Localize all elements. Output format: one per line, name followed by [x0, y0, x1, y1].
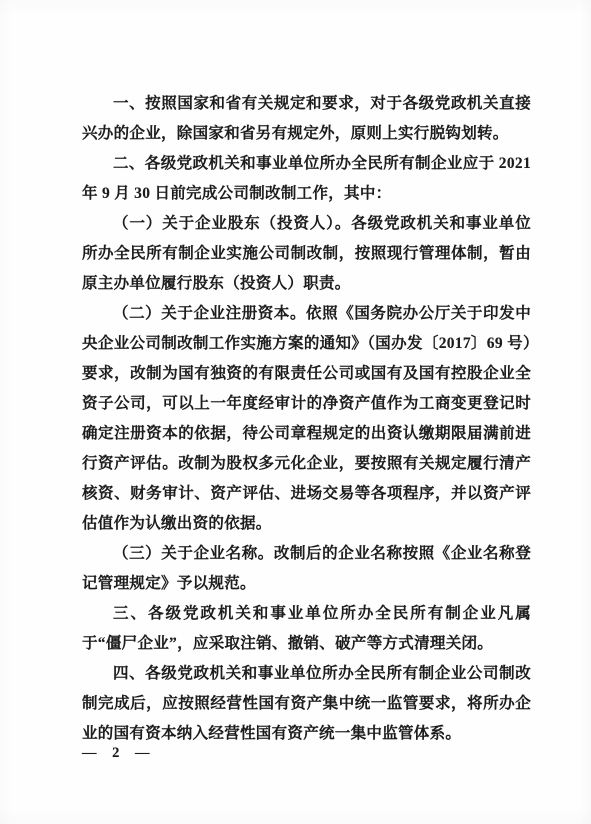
paragraph-item-4: 四、各级党政机关和事业单位所办全民所有制企业公司制改制完成后，应按照经营性国有资…	[82, 659, 531, 749]
document-text-block: 一、按照国家和省有关规定和要求，对于各级党政机关直接兴办的企业，除国家和省另有规…	[82, 89, 531, 749]
paragraph-item-1: 一、按照国家和省有关规定和要求，对于各级党政机关直接兴办的企业，除国家和省另有规…	[82, 89, 531, 149]
paragraph-subitem-3: （三）关于企业名称。改制后的企业名称按照《企业名称登记管理规定》予以规范。	[82, 539, 531, 599]
page-number: — 2 —	[82, 742, 156, 764]
paragraph-item-2: 二、各级党政机关和事业单位所办全民所有制企业应于 2021 年 9 月 30 日…	[82, 149, 531, 209]
paragraph-subitem-2: （二）关于企业注册资本。依照《国务院办公厅关于印发中央企业公司制改制工作实施方案…	[82, 299, 531, 539]
paragraph-subitem-1: （一）关于企业股东（投资人）。各级党政机关和事业单位所办全民所有制企业实施公司制…	[82, 209, 531, 299]
paragraph-item-3: 三、各级党政机关和事业单位所办全民所有制企业凡属于“僵尸企业”，应采取注销、撤销…	[82, 599, 531, 659]
scanned-document-page: 一、按照国家和省有关规定和要求，对于各级党政机关直接兴办的企业，除国家和省另有规…	[0, 0, 591, 824]
